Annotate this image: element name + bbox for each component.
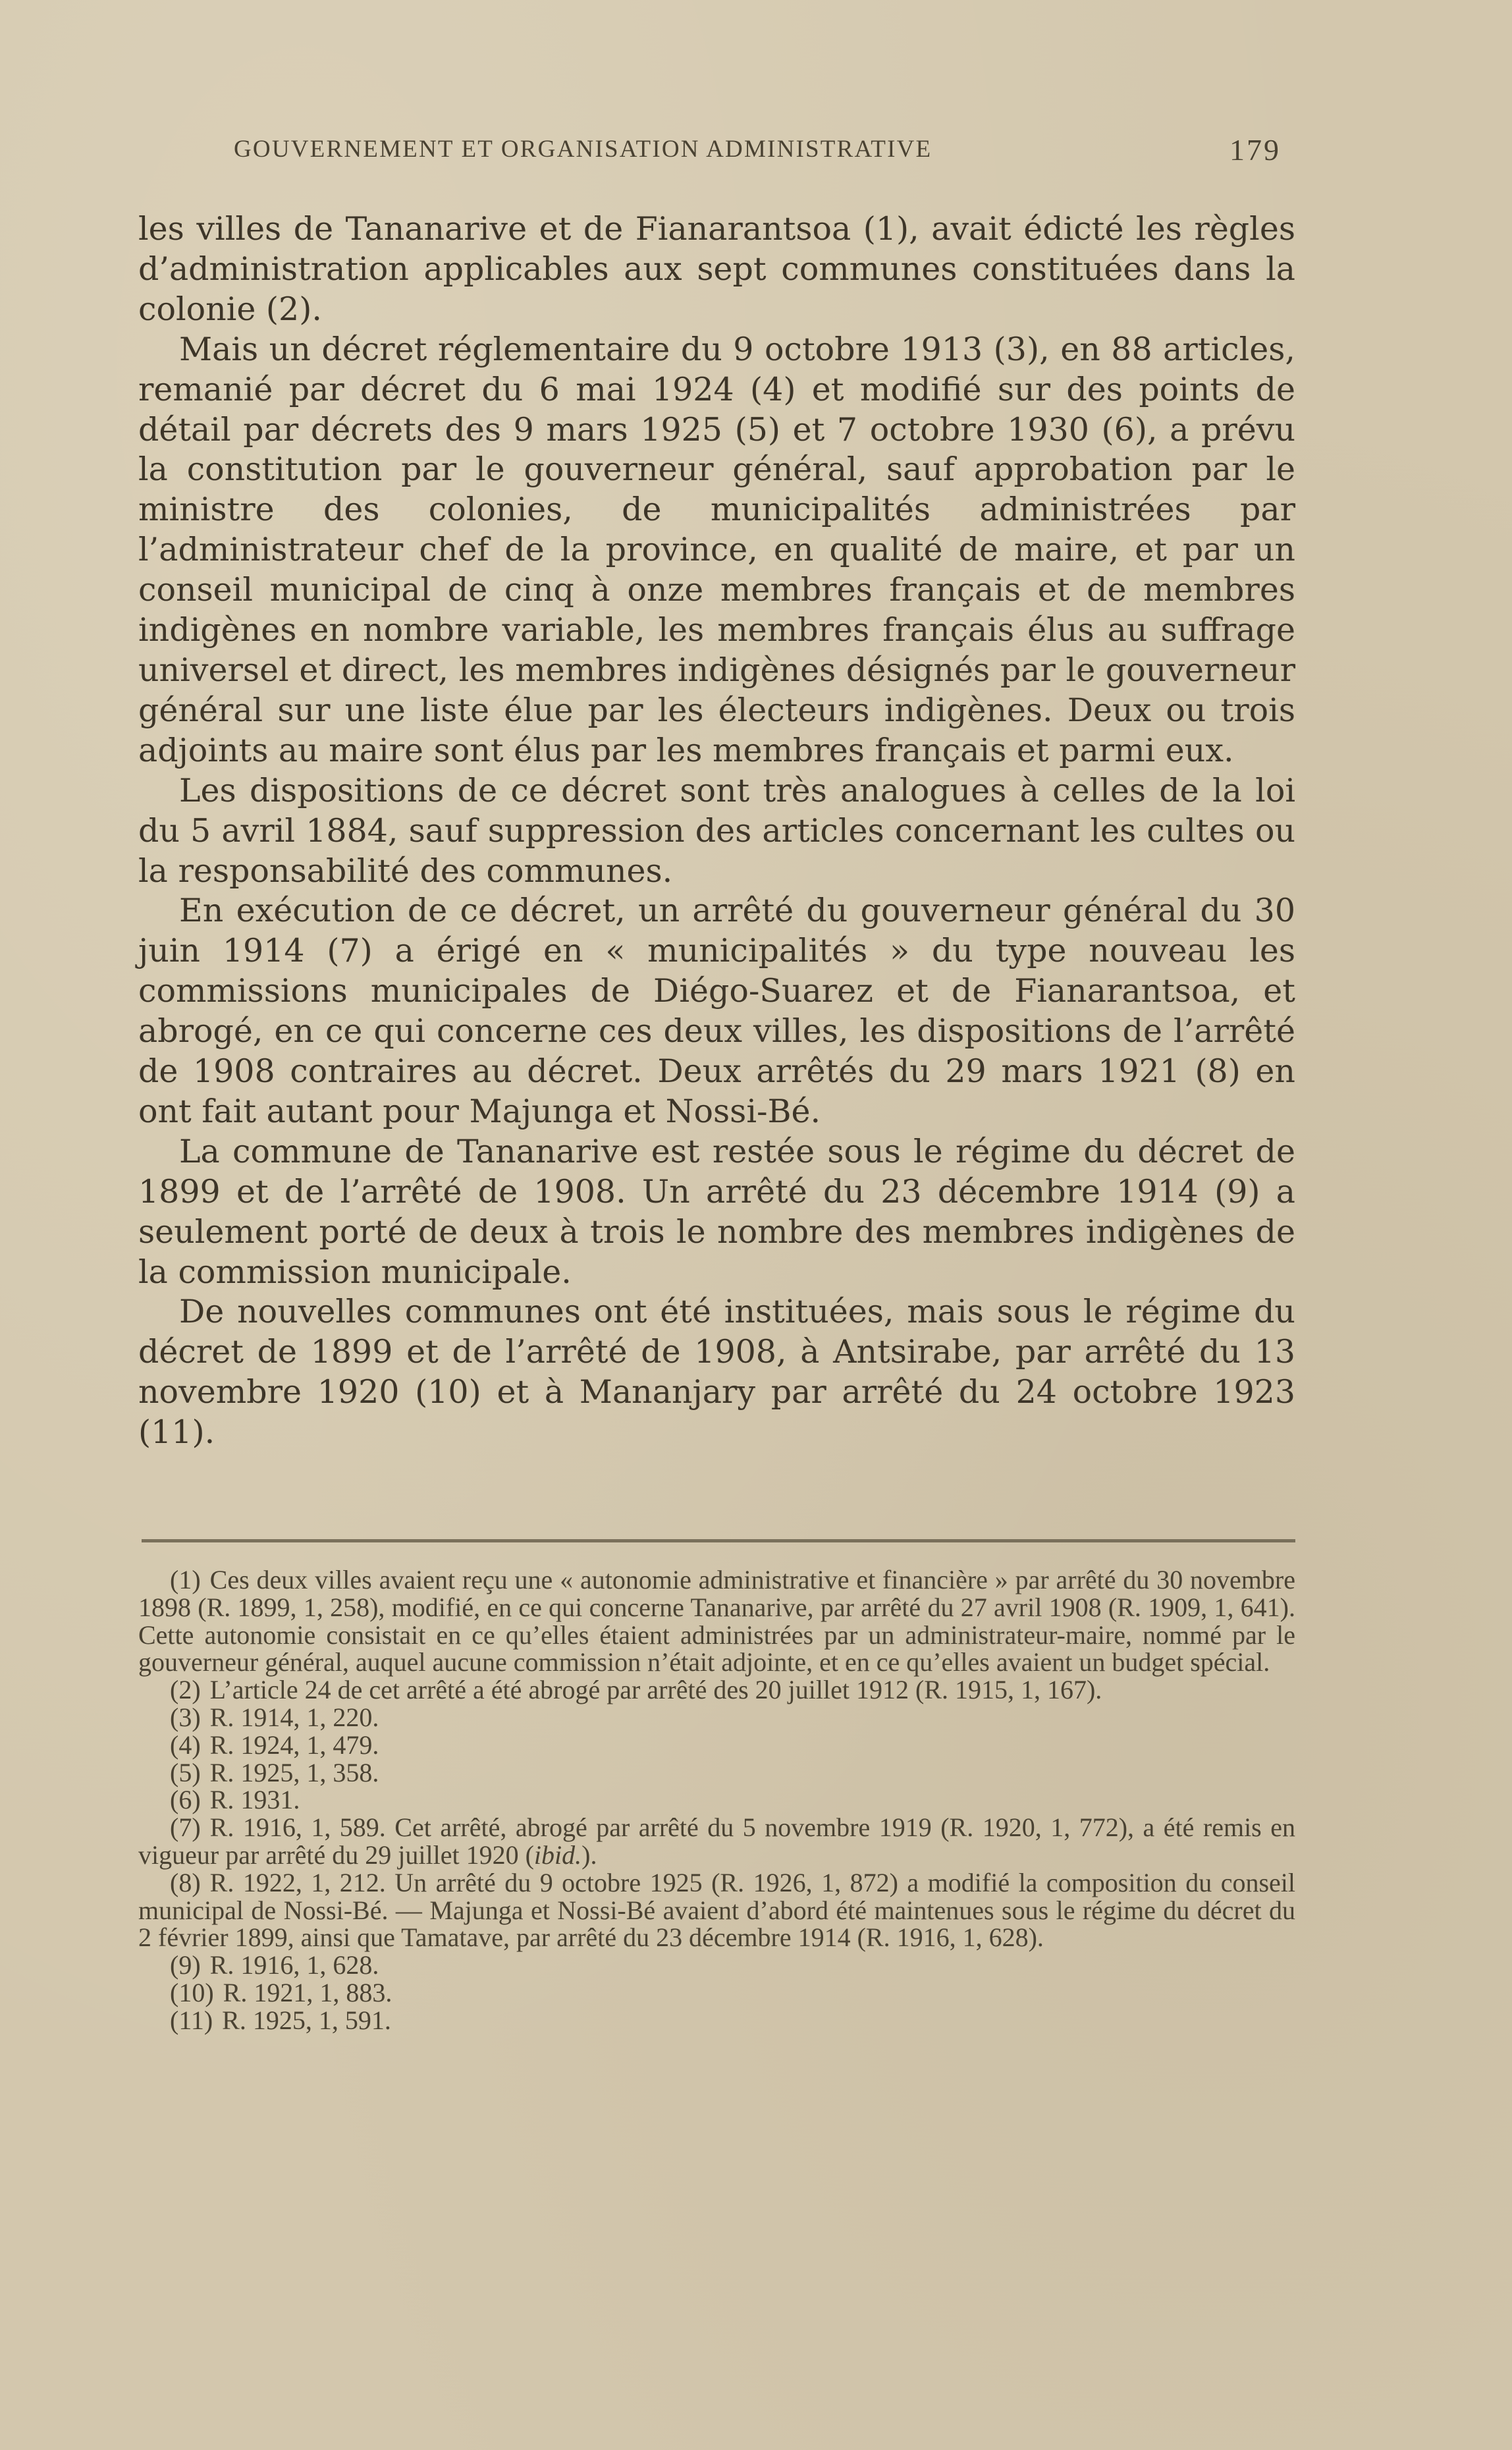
footnotes: (1)Ces deux villes avaient reçu une « au… (138, 1566, 1295, 2034)
paragraph: De nouvelles communes ont été instituées… (138, 1292, 1295, 1453)
running-head: GOUVERNEMENT ET ORGANISATION ADMINISTRAT… (234, 135, 1281, 175)
footnote-number: (2) (170, 1675, 201, 1704)
footnote-text: R. 1914, 1, 220. (210, 1702, 379, 1732)
running-head-title: GOUVERNEMENT ET ORGANISATION ADMINISTRAT… (234, 135, 932, 163)
footnote-5: (5)R. 1925, 1, 358. (138, 1759, 1295, 1787)
footnote-text: R. 1925, 1, 358. (210, 1758, 379, 1787)
footnote-text: Ces deux villes avaient reçu une « auton… (138, 1565, 1295, 1677)
paragraph: les villes de Tananarive et de Fianarant… (138, 209, 1295, 330)
footnote-10: (10)R. 1921, 1, 883. (138, 1979, 1295, 2007)
footnote-4: (4)R. 1924, 1, 479. (138, 1731, 1295, 1759)
footnote-text: R. 1924, 1, 479. (210, 1730, 379, 1760)
footnote-text: R. 1931. (210, 1785, 300, 1814)
footnote-9: (9)R. 1916, 1, 628. (138, 1951, 1295, 1979)
body-text: les villes de Tananarive et de Fianarant… (138, 209, 1295, 1453)
footnote-number: (5) (170, 1758, 201, 1787)
footnote-number: (4) (170, 1730, 201, 1760)
footnote-number: (10) (170, 1978, 214, 2007)
footnote-text: ). (581, 1840, 597, 1870)
footnote-text: R. 1916, 1, 628. (210, 1950, 379, 1980)
footnote-text: R. 1921, 1, 883. (223, 1978, 392, 2007)
footnote-number: (11) (170, 2005, 213, 2035)
paragraph: Mais un décret réglementaire du 9 octobr… (138, 330, 1295, 771)
footnote-number: (8) (170, 1868, 201, 1897)
footnote-11: (11)R. 1925, 1, 591. (138, 2007, 1295, 2034)
footnote-2: (2)L’article 24 de cet arrêté a été abro… (138, 1676, 1295, 1704)
paragraph: La commune de Tananarive est restée sous… (138, 1132, 1295, 1293)
footnote-3: (3)R. 1914, 1, 220. (138, 1704, 1295, 1731)
page-number: 179 (1229, 132, 1281, 167)
footnote-text: R. 1922, 1, 212. Un arrêté du 9 octobre … (138, 1868, 1295, 1953)
footnote-number: (6) (170, 1785, 201, 1814)
footnote-7: (7)R. 1916, 1, 589. Cet arrêté, abrogé p… (138, 1814, 1295, 1869)
footnote-italic: ibid. (534, 1840, 581, 1870)
paragraph: Les dispositions de ce décret sont très … (138, 771, 1295, 892)
paragraph: En exécution de ce décret, un arrêté du … (138, 891, 1295, 1131)
footnote-text: L’article 24 de cet arrêté a été abrogé … (210, 1675, 1102, 1704)
book-page: GOUVERNEMENT ET ORGANISATION ADMINISTRAT… (0, 0, 1512, 2450)
footnote-number: (7) (170, 1812, 201, 1842)
footnote-separator-rule (142, 1539, 1295, 1542)
footnote-text: R. 1916, 1, 589. Cet arrêté, abrogé par … (138, 1812, 1295, 1870)
footnote-6: (6)R. 1931. (138, 1786, 1295, 1814)
footnote-number: (3) (170, 1702, 201, 1732)
footnote-number: (9) (170, 1950, 201, 1980)
footnote-number: (1) (170, 1565, 201, 1594)
footnote-8: (8)R. 1922, 1, 212. Un arrêté du 9 octob… (138, 1869, 1295, 1951)
footnote-text: R. 1925, 1, 591. (222, 2005, 391, 2035)
footnote-1: (1)Ces deux villes avaient reçu une « au… (138, 1566, 1295, 1676)
